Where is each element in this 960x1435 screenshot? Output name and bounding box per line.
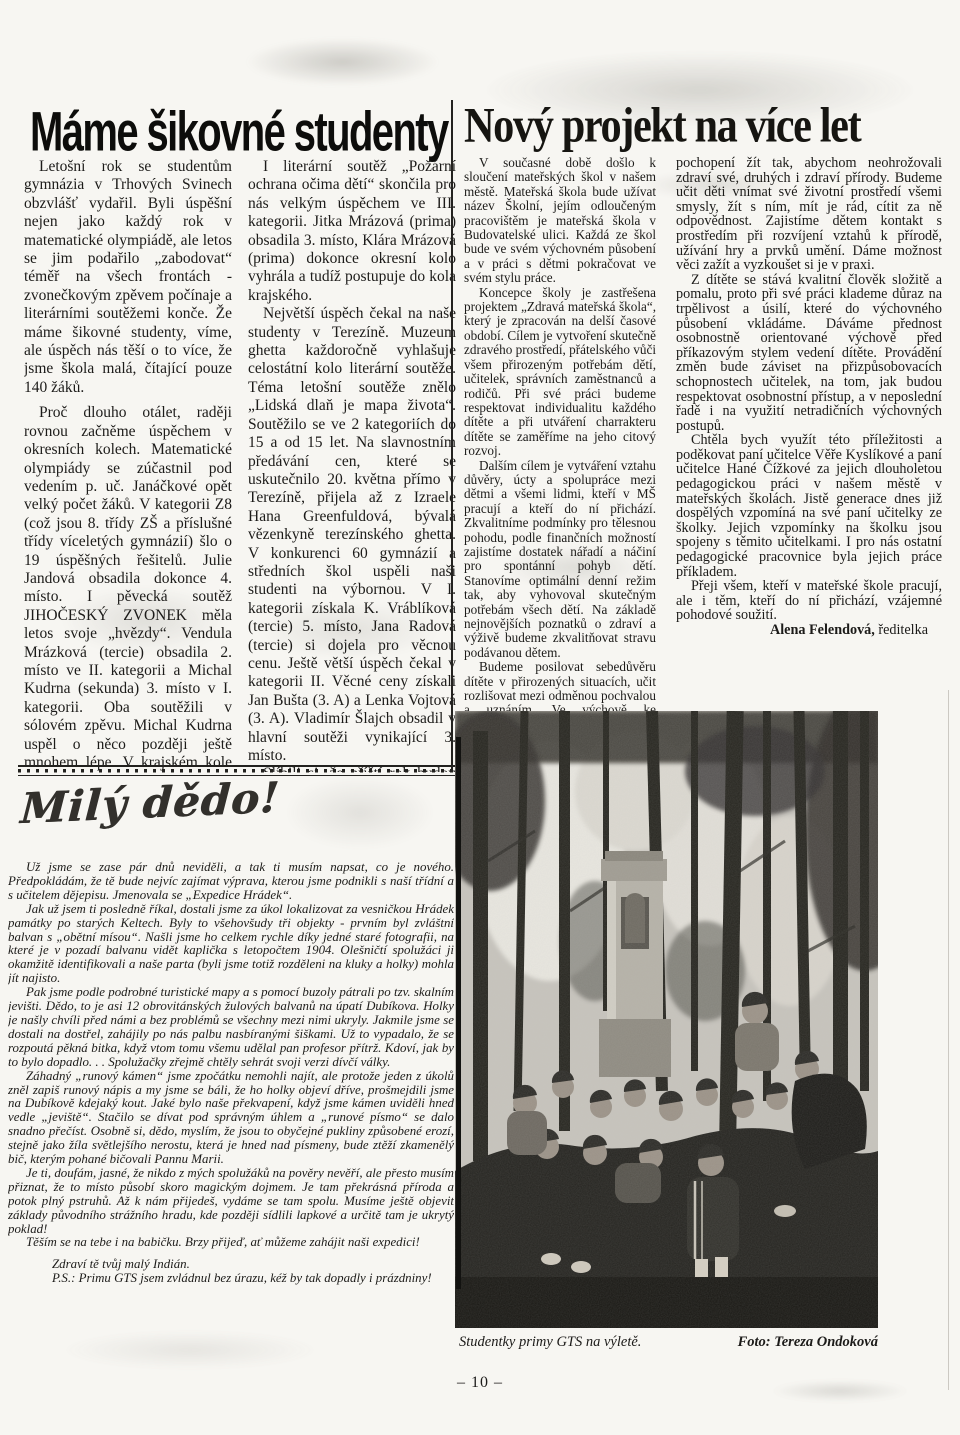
article-paragraph: V současné době došlo k sloučení mateřsk… <box>464 156 656 286</box>
article-paragraph: Z dítěte se stává kvalitní člověk složit… <box>676 273 942 434</box>
newspaper-page: Máme šikovné studenty Letošní rok se stu… <box>0 0 960 1435</box>
letter-paragraph: Záhadný „runový kámen“ jsme zpočátku nem… <box>8 1070 454 1167</box>
article-paragraph: Letošní rok se studentům gymnázia v Trho… <box>24 158 232 397</box>
headline-novy-projekt-na-vice-let: Nový projekt na více let <box>464 96 860 153</box>
page-edge-line <box>948 690 949 1390</box>
signature-role: ředitelka <box>875 622 928 638</box>
students-group-forest-photo <box>455 711 878 1328</box>
letter-closing: Zdraví tě tvůj malý Indián. <box>8 1258 454 1272</box>
right-article-columns: V současné době došlo k sloučení mateřsk… <box>464 156 942 712</box>
letter-paragraph: Jak už jsem ti posledně říkal, dostali j… <box>8 903 454 986</box>
letter-heading-script: Milý dědo! <box>19 773 281 833</box>
left-article-columns: Letošní rok se studentům gymnázia v Trho… <box>24 158 456 772</box>
signature-name: Alena Felendová, <box>770 622 875 638</box>
article-paragraph: Přeji všem, kteří v mateřské škole pracu… <box>676 579 942 623</box>
letter-paragraph: Už jsme se zase pár dnů neviděli, a tak … <box>8 861 454 903</box>
article-paragraph: Dalším cílem je vytváření vztahu důvěry,… <box>464 459 656 661</box>
article-signature: Alena Felendová, ředitelka <box>676 623 942 638</box>
letter-paragraph: Těším se na tebe i na babičku. Brzy přij… <box>8 1236 454 1250</box>
photo-caption: Studentky primy GTS na výletě. <box>459 1334 641 1351</box>
scan-ghost-smudge <box>60 1330 320 1370</box>
article-paragraph: Chtěla bych využít této příležitosti a p… <box>676 433 942 579</box>
article-paragraph: Koncepce školy je zastřešena projektem „… <box>464 286 656 459</box>
left-article-column-1: Letošní rok se studentům gymnázia v Trho… <box>24 158 232 772</box>
article-paragraph: Největší úspěch čekal na naše studenty v… <box>248 305 456 765</box>
scan-ghost-smudge <box>245 38 440 86</box>
article-paragraph: Budeme posilovat sebedůvěru dítěte v při… <box>464 660 656 712</box>
letter-postscript: P.S.: Primu GTS jsem zvládnul bez úrazu,… <box>8 1272 454 1286</box>
left-article-column-2: I literární soutěž „Požární ochrana očim… <box>248 158 456 772</box>
page-number: – 10 – <box>0 1374 960 1392</box>
article-paragraph: Proč dlouho otálet, raději rovnou začněm… <box>24 404 232 772</box>
letter-paragraph: Je ti, doufám, jasné, že nikdo z mých sp… <box>8 1167 454 1237</box>
photo-caption-row: Studentky primy GTS na výletě. Foto: Ter… <box>459 1334 878 1351</box>
photo-left-scan-bar <box>456 737 461 1289</box>
right-article-column-1: V současné době došlo k sloučení mateřsk… <box>464 156 656 712</box>
article-paragraph: pochopení žít tak, abychom neohrožovali … <box>676 156 942 273</box>
photo-illustration <box>455 711 878 1328</box>
right-article-column-2: pochopení žít tak, abychom neohrožovali … <box>676 156 942 712</box>
article-paragraph: I literární soutěž „Požární ochrana očim… <box>248 158 456 305</box>
letter-paragraph: Pak jsme podle podrobné turistické mapy … <box>8 986 454 1069</box>
photo-credit: Foto: Tereza Ondoková <box>738 1334 878 1351</box>
letter-body: Už jsme se zase pár dnů neviděli, a tak … <box>8 861 454 1321</box>
headline-mame-sikovne-studenty: Máme šikovné studenty <box>30 99 448 164</box>
scan-ghost-smudge <box>285 775 435 850</box>
column-divider-rule <box>451 100 453 770</box>
